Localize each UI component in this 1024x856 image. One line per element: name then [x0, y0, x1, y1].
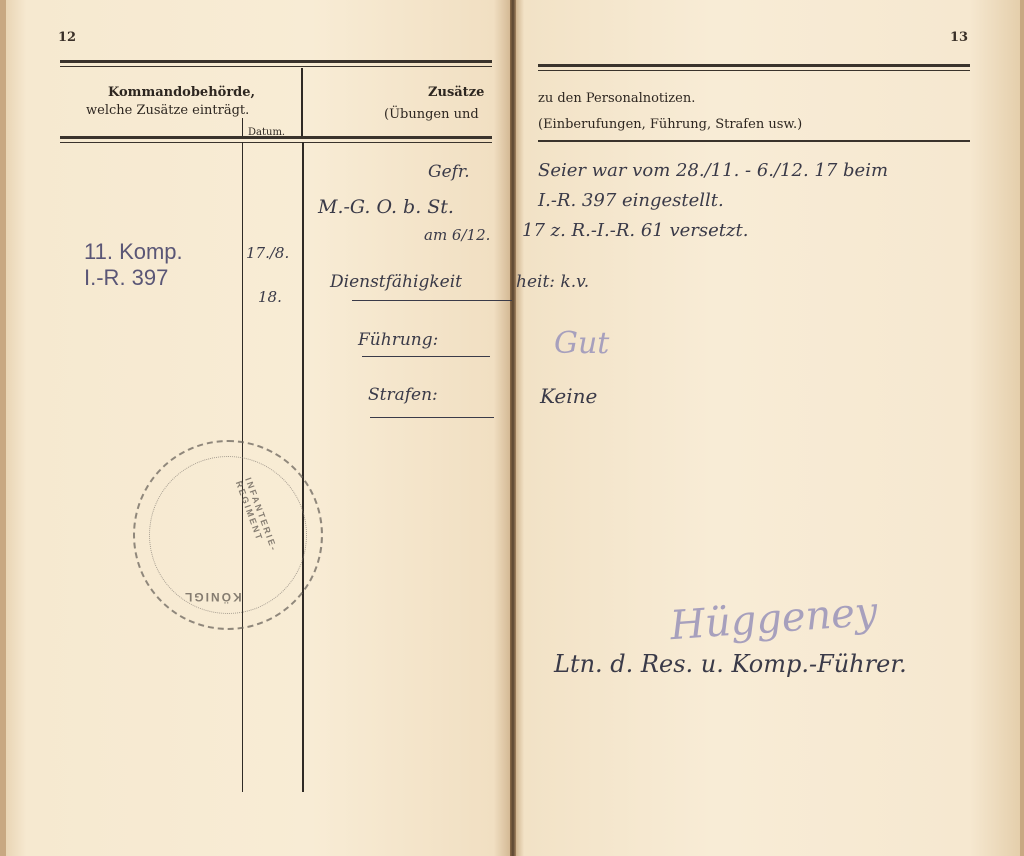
header-additions: Zusätze — [428, 84, 484, 102]
rank-gefreiter: Gefr. — [428, 162, 470, 182]
entry-date-year: 18. — [258, 288, 282, 306]
book-spine — [510, 0, 516, 856]
conduct-value: Gut — [554, 326, 609, 361]
entry-on-date: am 6/12. — [424, 226, 490, 244]
unit-mg-officer: M.-G. O. b. St. — [318, 196, 454, 218]
fitness-value: heit: k.v. — [516, 272, 589, 292]
page-number-left: 12 — [58, 30, 76, 45]
entry-date-day-month: 17./8. — [246, 244, 289, 262]
entry-line-1: Seier war vom 28./11. - 6./12. 17 beim — [538, 160, 888, 181]
header-personal-notes: zu den Personalnotizen. — [538, 90, 695, 108]
signature-title: Ltn. d. Res. u. Komp.-Führer. — [554, 650, 907, 678]
header-bottom-rule — [60, 136, 492, 139]
entry-line-3: 17 z. R.-I.-R. 61 versetzt. — [522, 220, 748, 241]
header-top-rule — [60, 60, 492, 63]
right-header-bottom-rule — [538, 140, 970, 142]
header-exercises: (Übungen und — [384, 106, 479, 124]
unit-stamp-company: 11. Komp. — [84, 240, 183, 264]
penalties-value: Keine — [540, 384, 597, 408]
unit-stamp-regiment: I.-R. 397 — [84, 266, 168, 290]
entry-line-2: I.-R. 397 eingestellt. — [538, 190, 724, 211]
right-header-top-rule — [538, 64, 970, 67]
penalties-underline — [370, 417, 494, 418]
column-divider-header — [301, 68, 303, 136]
additions-column-line — [302, 142, 304, 792]
seal-text-bottom: KÖNIGL — [183, 590, 242, 604]
date-divider-header — [242, 118, 243, 136]
conduct-underline — [362, 356, 490, 357]
header-date: Datum. — [248, 124, 285, 142]
regimental-seal: KÖNIGL INFANTERIE-REGIMENT — [133, 440, 323, 630]
fitness-underline — [352, 300, 512, 301]
label-fitness: Dienstfähigkeit — [330, 272, 462, 292]
label-conduct: Führung: — [358, 330, 438, 350]
header-enters-additions: welche Zusätze einträgt. — [86, 102, 249, 120]
label-penalties: Strafen: — [368, 385, 438, 405]
header-categories: (Einberufungen, Führung, Strafen usw.) — [538, 116, 802, 134]
header-command-authority: Kommandobehörde, — [108, 84, 255, 102]
page-number-right: 13 — [950, 30, 968, 45]
